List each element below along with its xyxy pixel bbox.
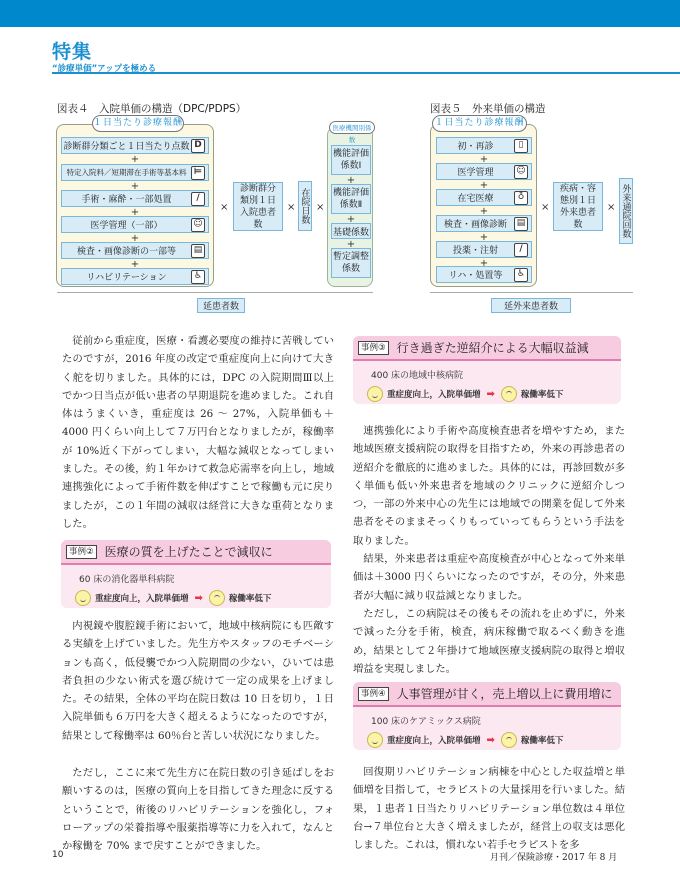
case-hospital: 60 床の消化器単科病院 (61, 565, 331, 585)
figure5-total-rule (430, 292, 633, 293)
syringe-icon: ∕ (514, 243, 528, 257)
figure5-item: 医学管理☺ (436, 163, 532, 180)
arrow-right-icon: ➡ (487, 735, 495, 746)
case-tag: 事例② (66, 545, 97, 559)
page-number: 10 (52, 850, 63, 860)
case-outcome: 重症度向上，入院単価増➡稼働率低下 (353, 727, 621, 748)
left-paragraph-1: 従前から重症度，医療・看護必要度の維持に苦戦していたのですが，2016 年度の改… (62, 332, 334, 533)
case-title: 人事管理が甘く，売上増以上に費用増に (397, 685, 613, 702)
section-rule (52, 72, 680, 74)
figure4-title: 図表４ 入院単価の構造（DPC/PDPS） (57, 101, 246, 116)
smile-face-icon (367, 732, 383, 748)
figure5-panel-label: １日当たり診療報酬 (432, 115, 527, 132)
monitor-icon: ▤ (191, 244, 205, 258)
arrow-right-icon: ➡ (487, 389, 495, 400)
top-color-bar (0, 0, 680, 27)
case-tag: 事例④ (358, 687, 389, 701)
times-sign: × (287, 202, 295, 213)
clipboard-icon: ▯ (514, 139, 528, 153)
case-box-2: 事例②医療の質を上げたことで減収に 60 床の消化器単科病院 重症度向上，入院単… (61, 540, 331, 608)
doctor-icon: ☺ (191, 218, 205, 232)
times-sign: × (220, 202, 228, 213)
sad-face-icon (501, 386, 517, 402)
right-paragraph-2: 結果，外来患者は重症や高度検査が中心となって外来単価は＋3000 円くらいになっ… (353, 550, 625, 605)
figure4-item: 特定入院料／短期滞在手術等基本料⊨ (61, 164, 209, 181)
d-letter-icon: D (191, 139, 205, 153)
case-title: 行き過ぎた逆紹介による大幅収益減 (397, 339, 589, 356)
case-box-3: 事例③行き過ぎた逆紹介による大幅収益減 400 床の地域中核病院 重症度向上，入… (353, 336, 621, 404)
figure4-item: 検査・画像診断の一部等▤ (61, 242, 209, 259)
case-outcome: 重症度向上，入院単価増➡稼働率低下 (353, 381, 621, 402)
figure4-days-box: 在院日数 (298, 181, 312, 231)
figure4-coef-item: 基礎係数 (331, 223, 371, 239)
figure5-item: 検査・画像診断▤ (436, 215, 532, 232)
sad-face-icon (209, 590, 225, 606)
figure4-coef-item: 機能評価係数Ⅱ (331, 184, 371, 214)
case-header: 事例②医療の質を上げたことで減収に (61, 540, 331, 565)
figure4-panel-label: １日当たり診療報酬 (92, 115, 184, 132)
figure4-item: 医学管理（一部）☺ (61, 216, 209, 233)
left-paragraph-2: 内視鏡や腹腔鏡手術において，地域中核病院にも匹敵する実績を上げていました。先生方… (62, 617, 334, 745)
figure5-item: リハ・処置等♿ (436, 266, 532, 283)
publication-info: 月刊／保険診療・2017 年 8 月 (490, 850, 617, 863)
case-box-4: 事例④人事管理が甘く，売上増以上に費用増に 100 床のケアミックス病院 重症度… (353, 682, 621, 750)
case-header: 事例④人事管理が甘く，売上増以上に費用増に (353, 682, 621, 707)
sad-face-icon (501, 732, 517, 748)
rehab-icon: ♿ (514, 268, 528, 282)
rehab-icon: ♿ (191, 270, 205, 284)
figure4-coef-label: 医療機関別係数 (329, 121, 375, 134)
times-sign: × (541, 202, 549, 213)
case-outcome: 重症度向上，入院単価増➡稼働率低下 (61, 585, 331, 606)
figure5-item: 初・再診▯ (436, 137, 532, 154)
figure5-patients-box: 疾病・容態別１日外来患者数 (553, 182, 603, 231)
case-hospital: 400 床の地域中核病院 (353, 361, 621, 381)
figure4-total-label: 延患者数 (197, 298, 245, 313)
figure5-total-label: 延外来患者数 (491, 298, 571, 313)
doctor-icon: ☺ (514, 165, 528, 179)
figure5-visits-box: 外来通院回数 (619, 178, 633, 244)
figure4-coef-item: 暫定調整係数 (331, 248, 371, 278)
case-title: 医療の質を上げたことで減収に (105, 543, 273, 560)
case-header: 事例③行き過ぎた逆紹介による大幅収益減 (353, 336, 621, 361)
arrow-right-icon: ➡ (195, 593, 203, 604)
figure4-patients-box: 診断群分類別１日入院患者数 (233, 182, 283, 231)
figure5-item: 在宅医療♁ (436, 189, 532, 206)
stethoscope-icon: ♁ (514, 191, 528, 205)
section-title: 特集 (52, 37, 92, 64)
case-hospital: 100 床のケアミックス病院 (353, 707, 621, 727)
smile-face-icon (75, 590, 91, 606)
figure4-item: 手術・麻酔・一部処置∕ (61, 190, 209, 207)
right-paragraph-4: 回復期リハビリテーション病棟を中心とした収益増と単価増を目指して，セラピストの大… (353, 763, 625, 854)
times-sign: × (607, 202, 615, 213)
figure5-title: 図表５ 外来単価の構造 (430, 101, 546, 116)
figure4-item: 診断群分類ごと１日当たり点数D (61, 137, 209, 154)
times-sign: × (316, 202, 324, 213)
figure4-coef-item: 機能評価係数Ⅰ (331, 145, 371, 175)
right-paragraph-1: 連携強化により手術や高度検査患者を増やすため，また地域医療支援病院の取得を目指す… (353, 422, 625, 550)
right-paragraph-3: ただし，この病院はその後もその流れを止めずに，外来で減った分を手術，検査，病床稼… (353, 605, 625, 678)
smile-face-icon (367, 386, 383, 402)
figure4-item: リハビリテーション♿ (61, 268, 209, 285)
case-tag: 事例③ (358, 341, 389, 355)
monitor-icon: ▤ (514, 217, 528, 231)
figure5-item: 投薬・注射∕ (436, 241, 532, 258)
left-paragraph-3: ただし，ここに来て先生方に在院日数の引き延ばしをお願いするのは，医療の質向上を目… (62, 764, 334, 855)
figure4-total-rule (57, 292, 373, 293)
bed-icon: ⊨ (191, 166, 205, 180)
scalpel-icon: ∕ (191, 192, 205, 206)
